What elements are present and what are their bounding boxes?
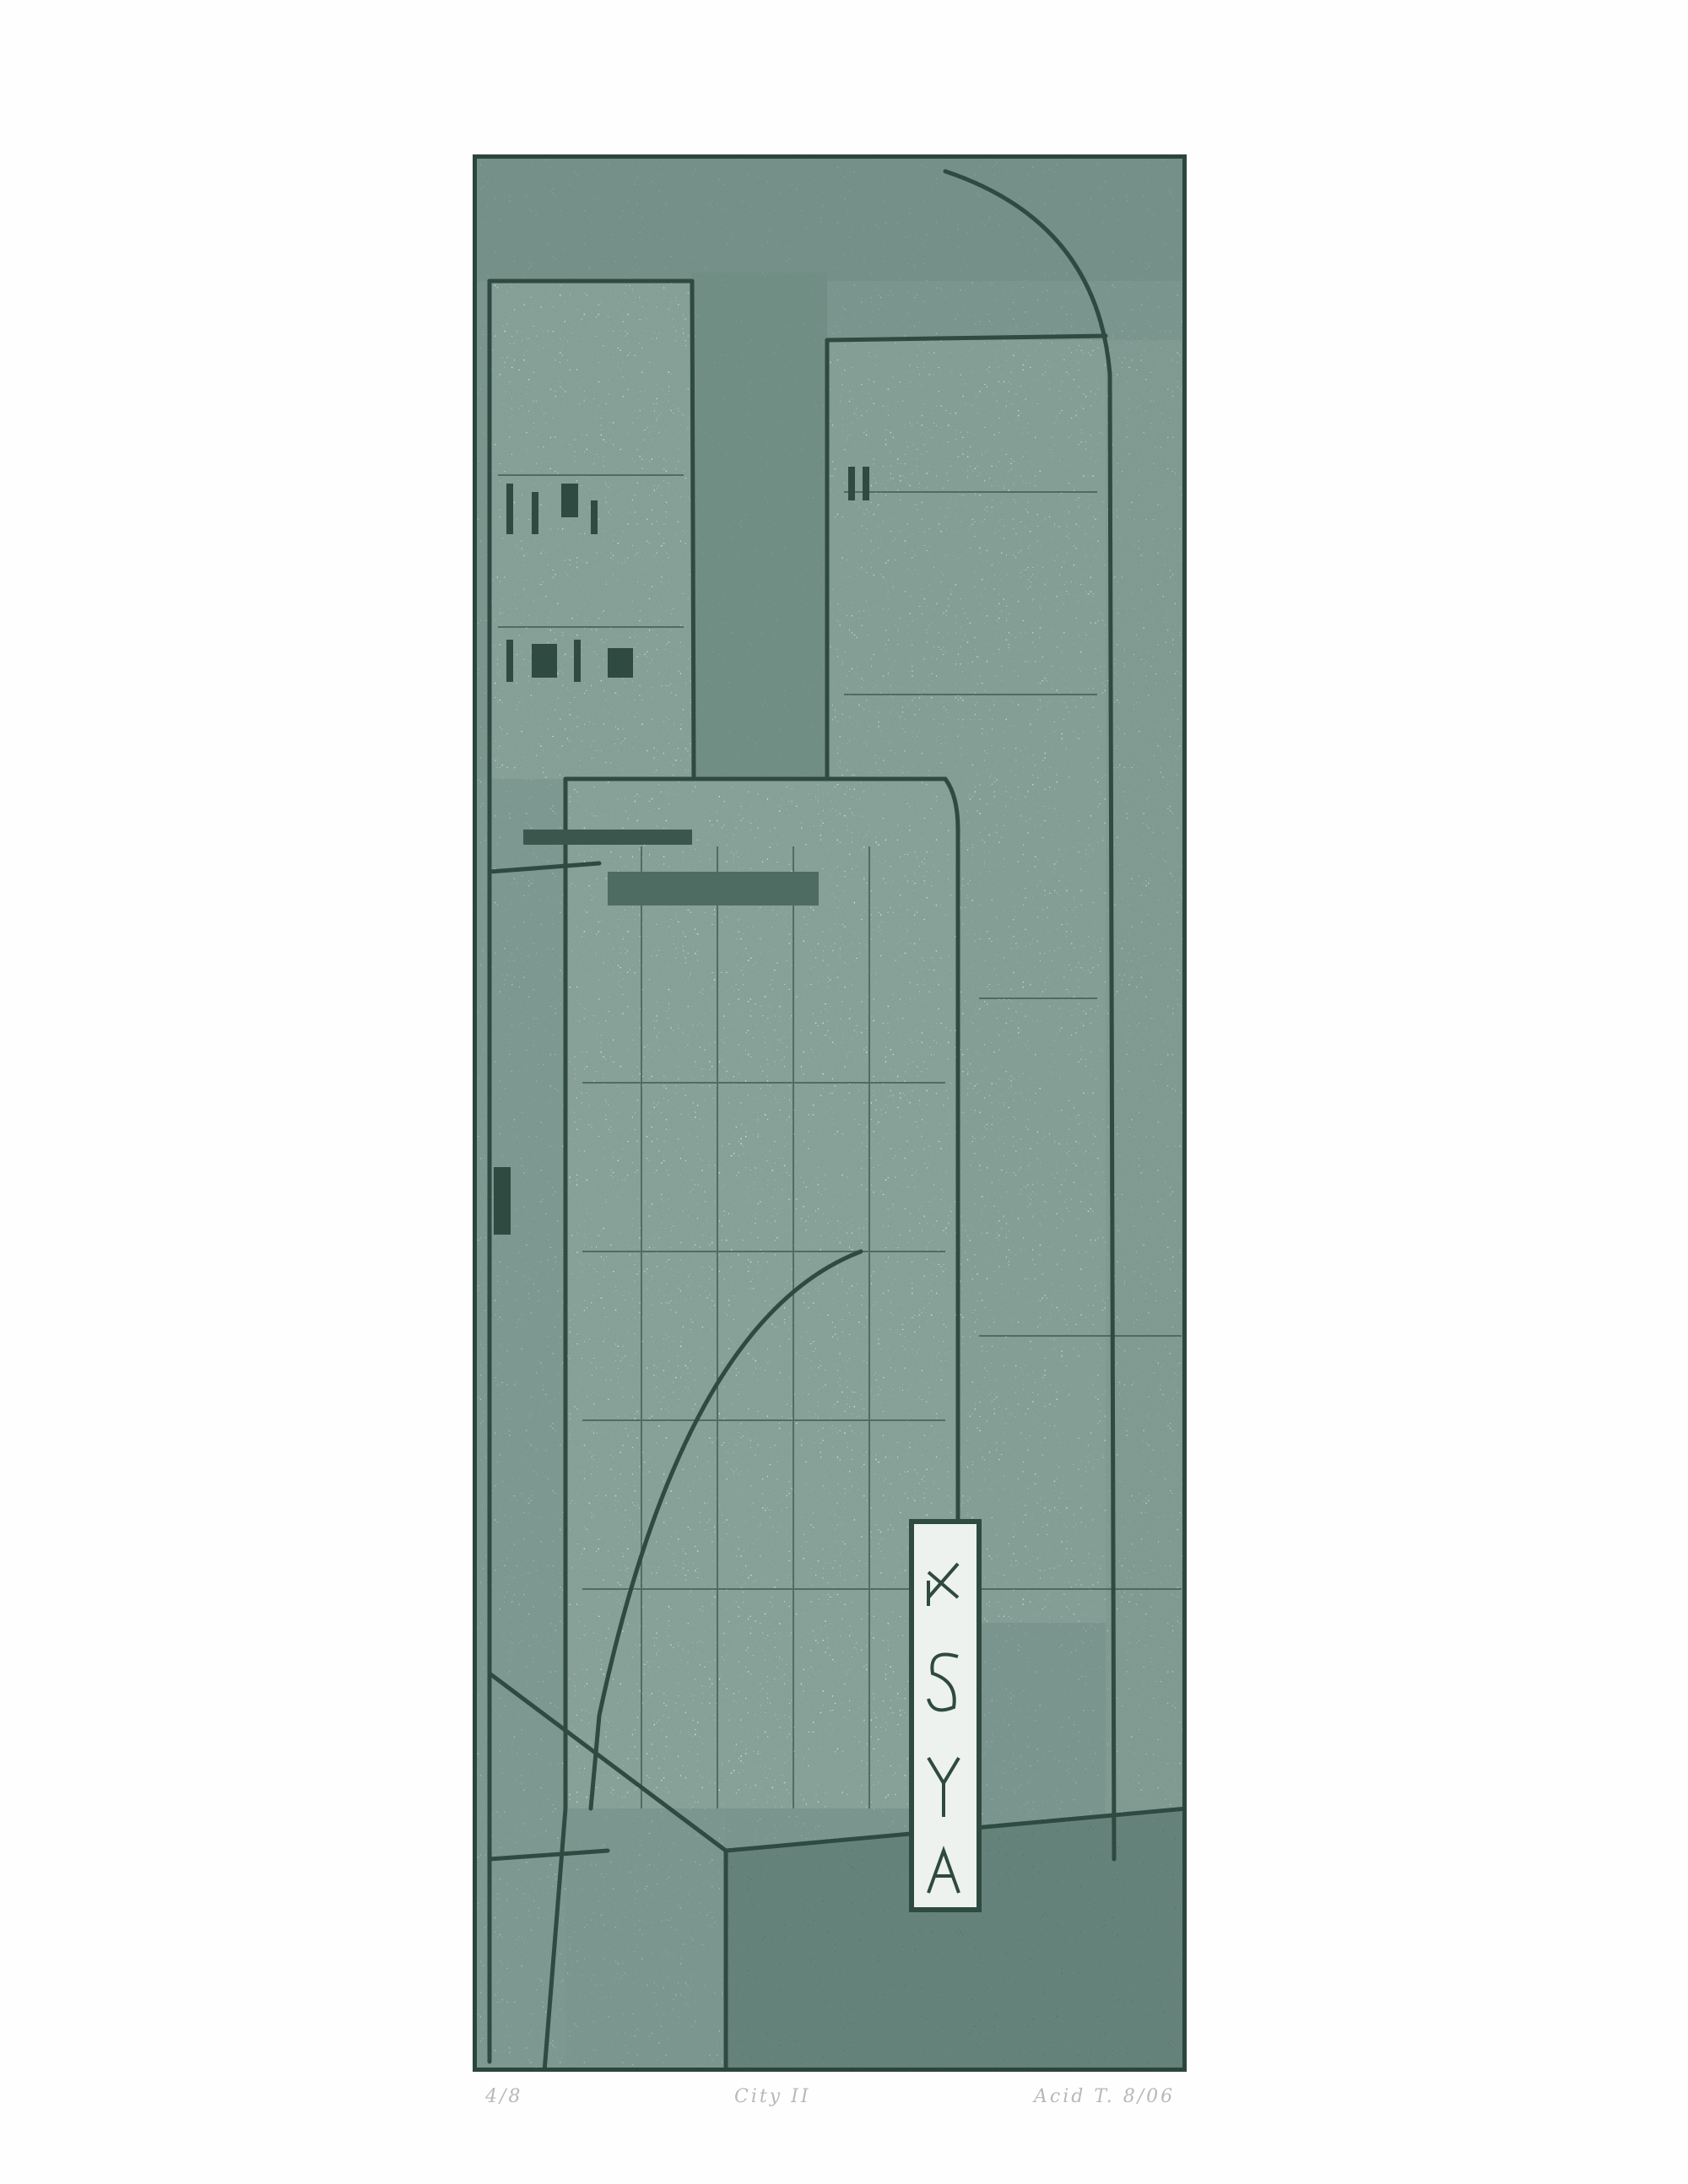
artwork-title: City II (734, 2086, 811, 2107)
cityscape-etching (473, 154, 1187, 2072)
edition-number: 4/8 (485, 2086, 522, 2107)
artist-signature: Acid T. 8/06 (1034, 2086, 1175, 2107)
paper-sheet: 4/8 City II Acid T. 8/06 (0, 0, 1688, 2184)
etched-plate (473, 154, 1187, 2072)
